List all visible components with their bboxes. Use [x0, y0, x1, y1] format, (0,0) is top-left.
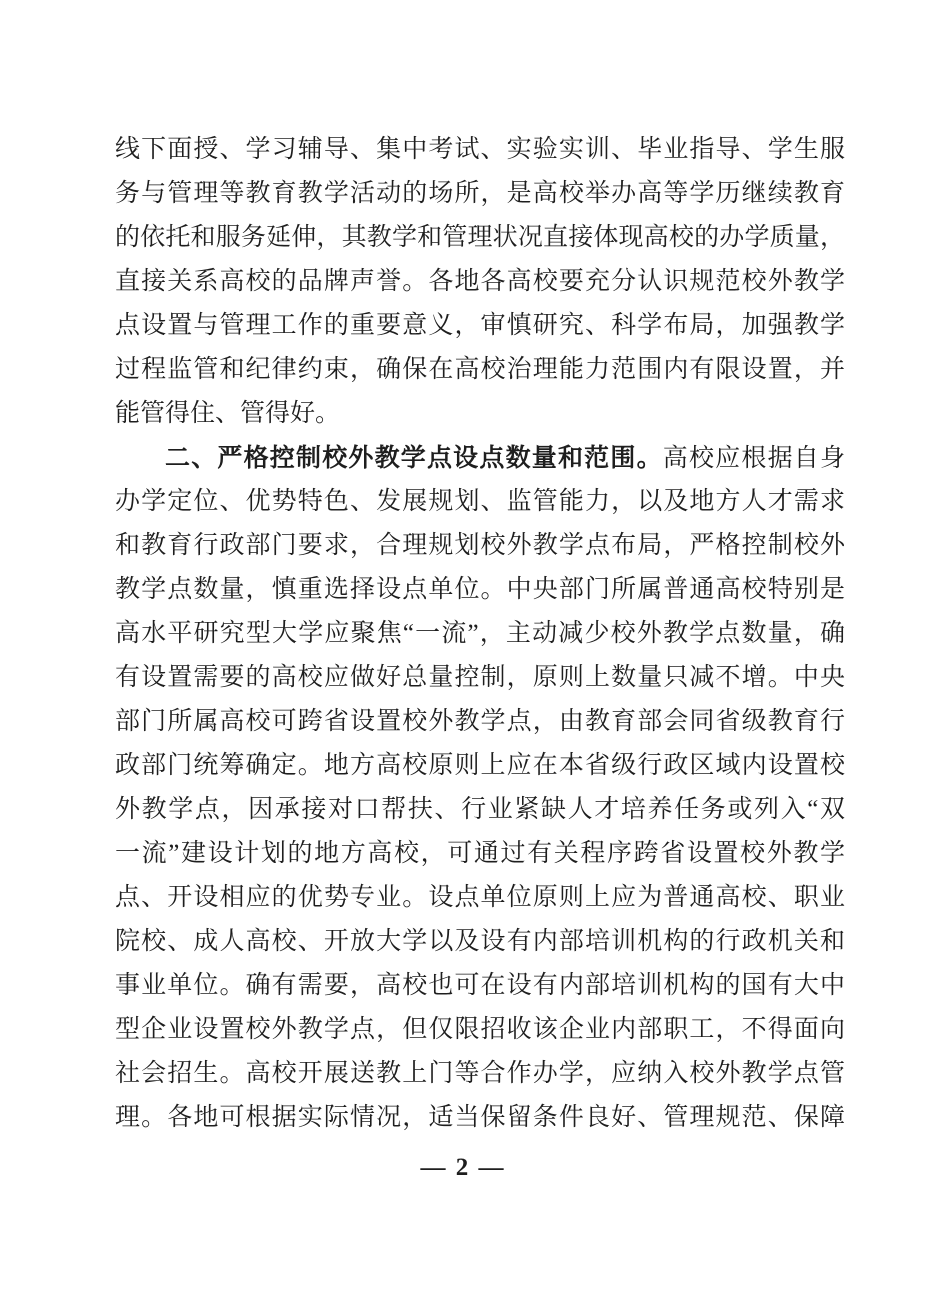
paragraph-line: 理。各地可根据实际情况，适当保留条件良好、管理规范、保障: [115, 1096, 845, 1140]
paragraph-line: 点设置与管理工作的重要意义，审慎研究、科学布局，加强教学: [115, 304, 845, 348]
paragraph-line: 过程监管和纪律约束，确保在高校治理能力范围内有限设置，并: [115, 348, 845, 392]
paragraph-line: 部门所属高校可跨省设置校外教学点，由教育部会同省级教育行: [115, 700, 845, 744]
section-heading: 二、严格控制校外教学点设点数量和范围。: [165, 444, 663, 472]
paragraph-line: 外教学点，因承接对口帮扶、行业紧缺人才培养任务或列入“双: [115, 788, 845, 832]
paragraph-line: 点、开设相应的优势专业。设点单位原则上应为普通高校、职业: [115, 876, 845, 920]
paragraph-line: 线下面授、学习辅导、集中考试、实验实训、毕业指导、学生服: [115, 128, 845, 172]
body-text: 线下面授、学习辅导、集中考试、实验实训、毕业指导、学生服 务与管理等教育教学活动…: [115, 128, 845, 1140]
document-page: 线下面授、学习辅导、集中考试、实验实训、毕业指导、学生服 务与管理等教育教学活动…: [0, 0, 926, 1309]
page-number: — 2 —: [0, 1146, 926, 1190]
paragraph-line: 教学点数量，慎重选择设点单位。中央部门所属普通高校特别是: [115, 568, 845, 612]
paragraph-line: 办学定位、优势特色、发展规划、监管能力，以及地方人才需求: [115, 480, 845, 524]
paragraph-line: 政部门统筹确定。地方高校原则上应在本省级行政区域内设置校: [115, 744, 845, 788]
paragraph-last-line: 能管得住、管得好。: [115, 392, 845, 436]
paragraph-line: 务与管理等教育教学活动的场所，是高校举办高等学历继续教育: [115, 172, 845, 216]
paragraph-line: 直接关系高校的品牌声誉。各地各高校要充分认识规范校外教学: [115, 260, 845, 304]
paragraph-line: 和教育行政部门要求，合理规划校外教学点布局，严格控制校外: [115, 524, 845, 568]
paragraph-line: 的依托和服务延伸，其教学和管理状况直接体现高校的办学质量，: [115, 216, 845, 260]
section-heading-line: 二、严格控制校外教学点设点数量和范围。高校应根据自身: [115, 436, 845, 480]
paragraph-line: 一流”建设计划的地方高校，可通过有关程序跨省设置校外教学: [115, 832, 845, 876]
section-heading-tail: 高校应根据自身: [663, 445, 845, 472]
paragraph-line: 有设置需要的高校应做好总量控制，原则上数量只减不增。中央: [115, 656, 845, 700]
paragraph-line: 型企业设置校外教学点，但仅限招收该企业内部职工，不得面向: [115, 1008, 845, 1052]
paragraph-line: 高水平研究型大学应聚焦“一流”，主动减少校外教学点数量，确: [115, 612, 845, 656]
paragraph-line: 社会招生。高校开展送教上门等合作办学，应纳入校外教学点管: [115, 1052, 845, 1096]
paragraph-line: 事业单位。确有需要，高校也可在设有内部培训机构的国有大中: [115, 964, 845, 1008]
paragraph-line: 院校、成人高校、开放大学以及设有内部培训机构的行政机关和: [115, 920, 845, 964]
